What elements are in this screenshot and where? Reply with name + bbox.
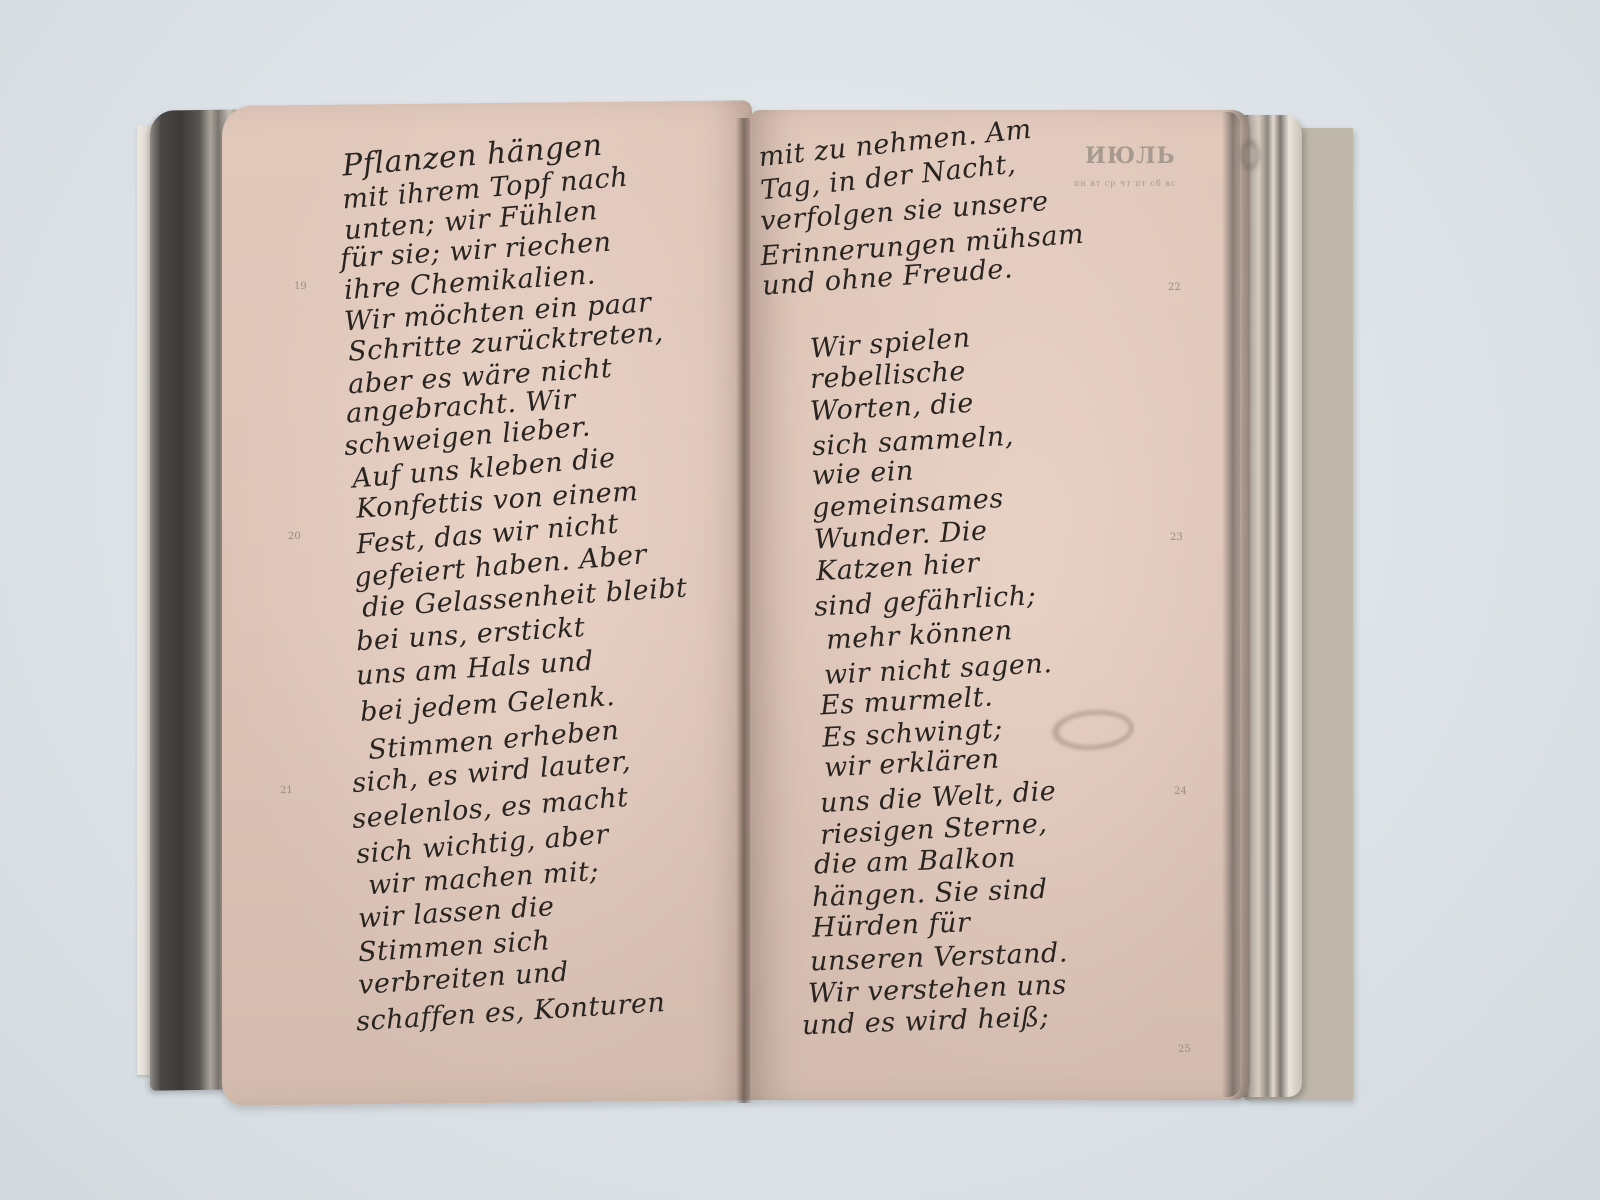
right-handwritten-text: mit zu nehmen. Am Tag, in der Nacht, ver… [750, 110, 1250, 1100]
left-handwritten-text: Pflanzen hängen mit ihrem Topf nach unte… [222, 100, 752, 1106]
handwriting-line: rebellische [809, 358, 966, 393]
handwriting-line: wir erklären [823, 745, 1000, 781]
handwriting-line: Katzen hier [815, 550, 980, 586]
handwriting-line: und es wird heiß; [802, 1004, 1050, 1040]
handwriting-line: wie ein [811, 457, 914, 489]
left-page: 19 20 21 Pflanzen hängen mit ihrem Topf … [222, 100, 752, 1106]
handwriting-line: Hürden für [812, 909, 971, 942]
right-page-edge-shadow [1222, 112, 1240, 1097]
handwriting-line: wir nicht sagen. [823, 650, 1052, 689]
right-page: ИЮЛЬ пн вт ср чт пт сб вс 22 23 24 25 mi… [750, 110, 1250, 1100]
spine-stain-mark [1240, 140, 1260, 170]
handwriting-line: Worten, die [809, 390, 974, 426]
handwriting-line: hängen. Sie sind [812, 876, 1048, 911]
handwriting-line: die am Balkon [814, 844, 1017, 878]
photo-scene: 19 20 21 Pflanzen hängen mit ihrem Topf … [0, 0, 1600, 1200]
handwriting-line: mehr können [825, 617, 1013, 654]
